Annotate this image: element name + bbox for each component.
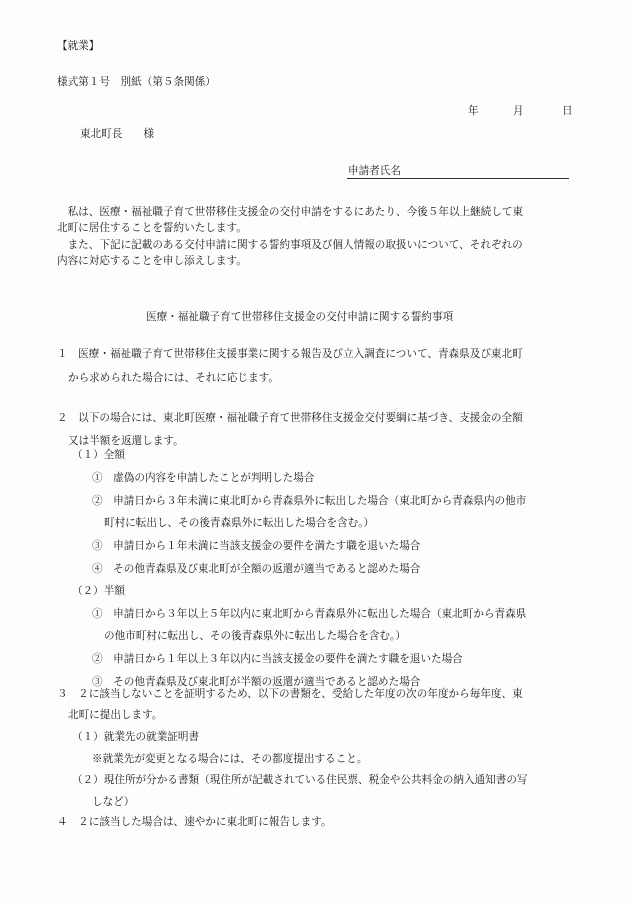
condition-item-cont: 町村に転出し、その後青森県外に転出した場合を含む。） xyxy=(104,515,374,530)
required-document: （２）現住所が分かる書類（現住所が記載されている住民票、税金や公共料金の納入通知… xyxy=(72,772,528,787)
section-title: 医療・福祉職子育て世帯移住支援金の交付申請に関する誓約事項 xyxy=(146,309,453,324)
condition-item: ① 虚偽の内容を申請したことが判明した場合 xyxy=(92,470,314,485)
text-line: 内容に対応することを申し添えします。 xyxy=(57,253,247,268)
subheading: （１）全額 xyxy=(72,447,125,462)
form-number: 様式第１号 別紙（第５条関係） xyxy=(57,74,216,89)
document-note: ※就業先が変更となる場合には、その都度提出すること。 xyxy=(92,751,367,766)
required-document-cont: しなど） xyxy=(92,794,134,809)
text-line: ２ 以下の場合には、東北町医療・福祉職子育て世帯移住支援金交付要綱に基づき、支援… xyxy=(57,410,523,425)
text-line: 北町に提出します。 xyxy=(68,707,163,722)
applicant-name-underline xyxy=(347,178,569,179)
text-line: 私は、医療・福祉職子育て世帯移住支援金の交付申請をするにあたり、今後５年以上継続… xyxy=(57,204,523,219)
text-line: 又は半額を返還します。 xyxy=(68,433,184,448)
text-line: から求められた場合には、それに応じます。 xyxy=(68,370,279,385)
text-line: ３ ２に該当しないことを証明するため、以下の書類を、受給した年度の次の年度から毎… xyxy=(57,686,523,701)
date-year-label: 年 xyxy=(468,103,479,118)
condition-item: ② 申請日から１年以上３年以内に当該支援金の要件を満たす職を退いた場合 xyxy=(92,651,463,666)
addressee: 東北町長 様 xyxy=(80,126,154,141)
condition-item-cont: の他市町村に転出し、その後青森県外に転出した場合を含む。） xyxy=(104,628,406,643)
applicant-name-label: 申請者氏名 xyxy=(348,165,401,177)
text-line: また、下記に記載のある交付申請に関する誓約事項及び個人情報の取扱いについて、それ… xyxy=(57,237,523,252)
condition-item: ③ 申請日から１年未満に当該支援金の要件を満たす職を退いた場合 xyxy=(92,538,420,553)
text-line: 北町に居住することを誓約いたします。 xyxy=(57,220,247,235)
condition-item: ① 申請日から３年以上５年以内に東北町から青森県外に転出した場合（東北町から青森… xyxy=(92,606,526,621)
condition-item: ② 申請日から３年未満に東北町から青森県外に転出した場合（東北町から青森県内の他… xyxy=(92,493,526,508)
date-day-label: 日 xyxy=(562,103,573,118)
category-tag: 【就業】 xyxy=(57,38,99,53)
subheading: （２）半額 xyxy=(72,583,125,598)
text-line: ４ ２に該当した場合は、速やかに東北町に報告します。 xyxy=(57,814,332,829)
required-document: （１）就業先の就業証明書 xyxy=(72,729,199,744)
condition-item: ④ その他青森県及び東北町が全額の返還が適当であると認めた場合 xyxy=(92,561,420,576)
text-line: １ 医療・福祉職子育て世帯移住支援事業に関する報告及び立入調査について、青森県及… xyxy=(57,346,523,361)
date-month-label: 月 xyxy=(513,103,524,118)
